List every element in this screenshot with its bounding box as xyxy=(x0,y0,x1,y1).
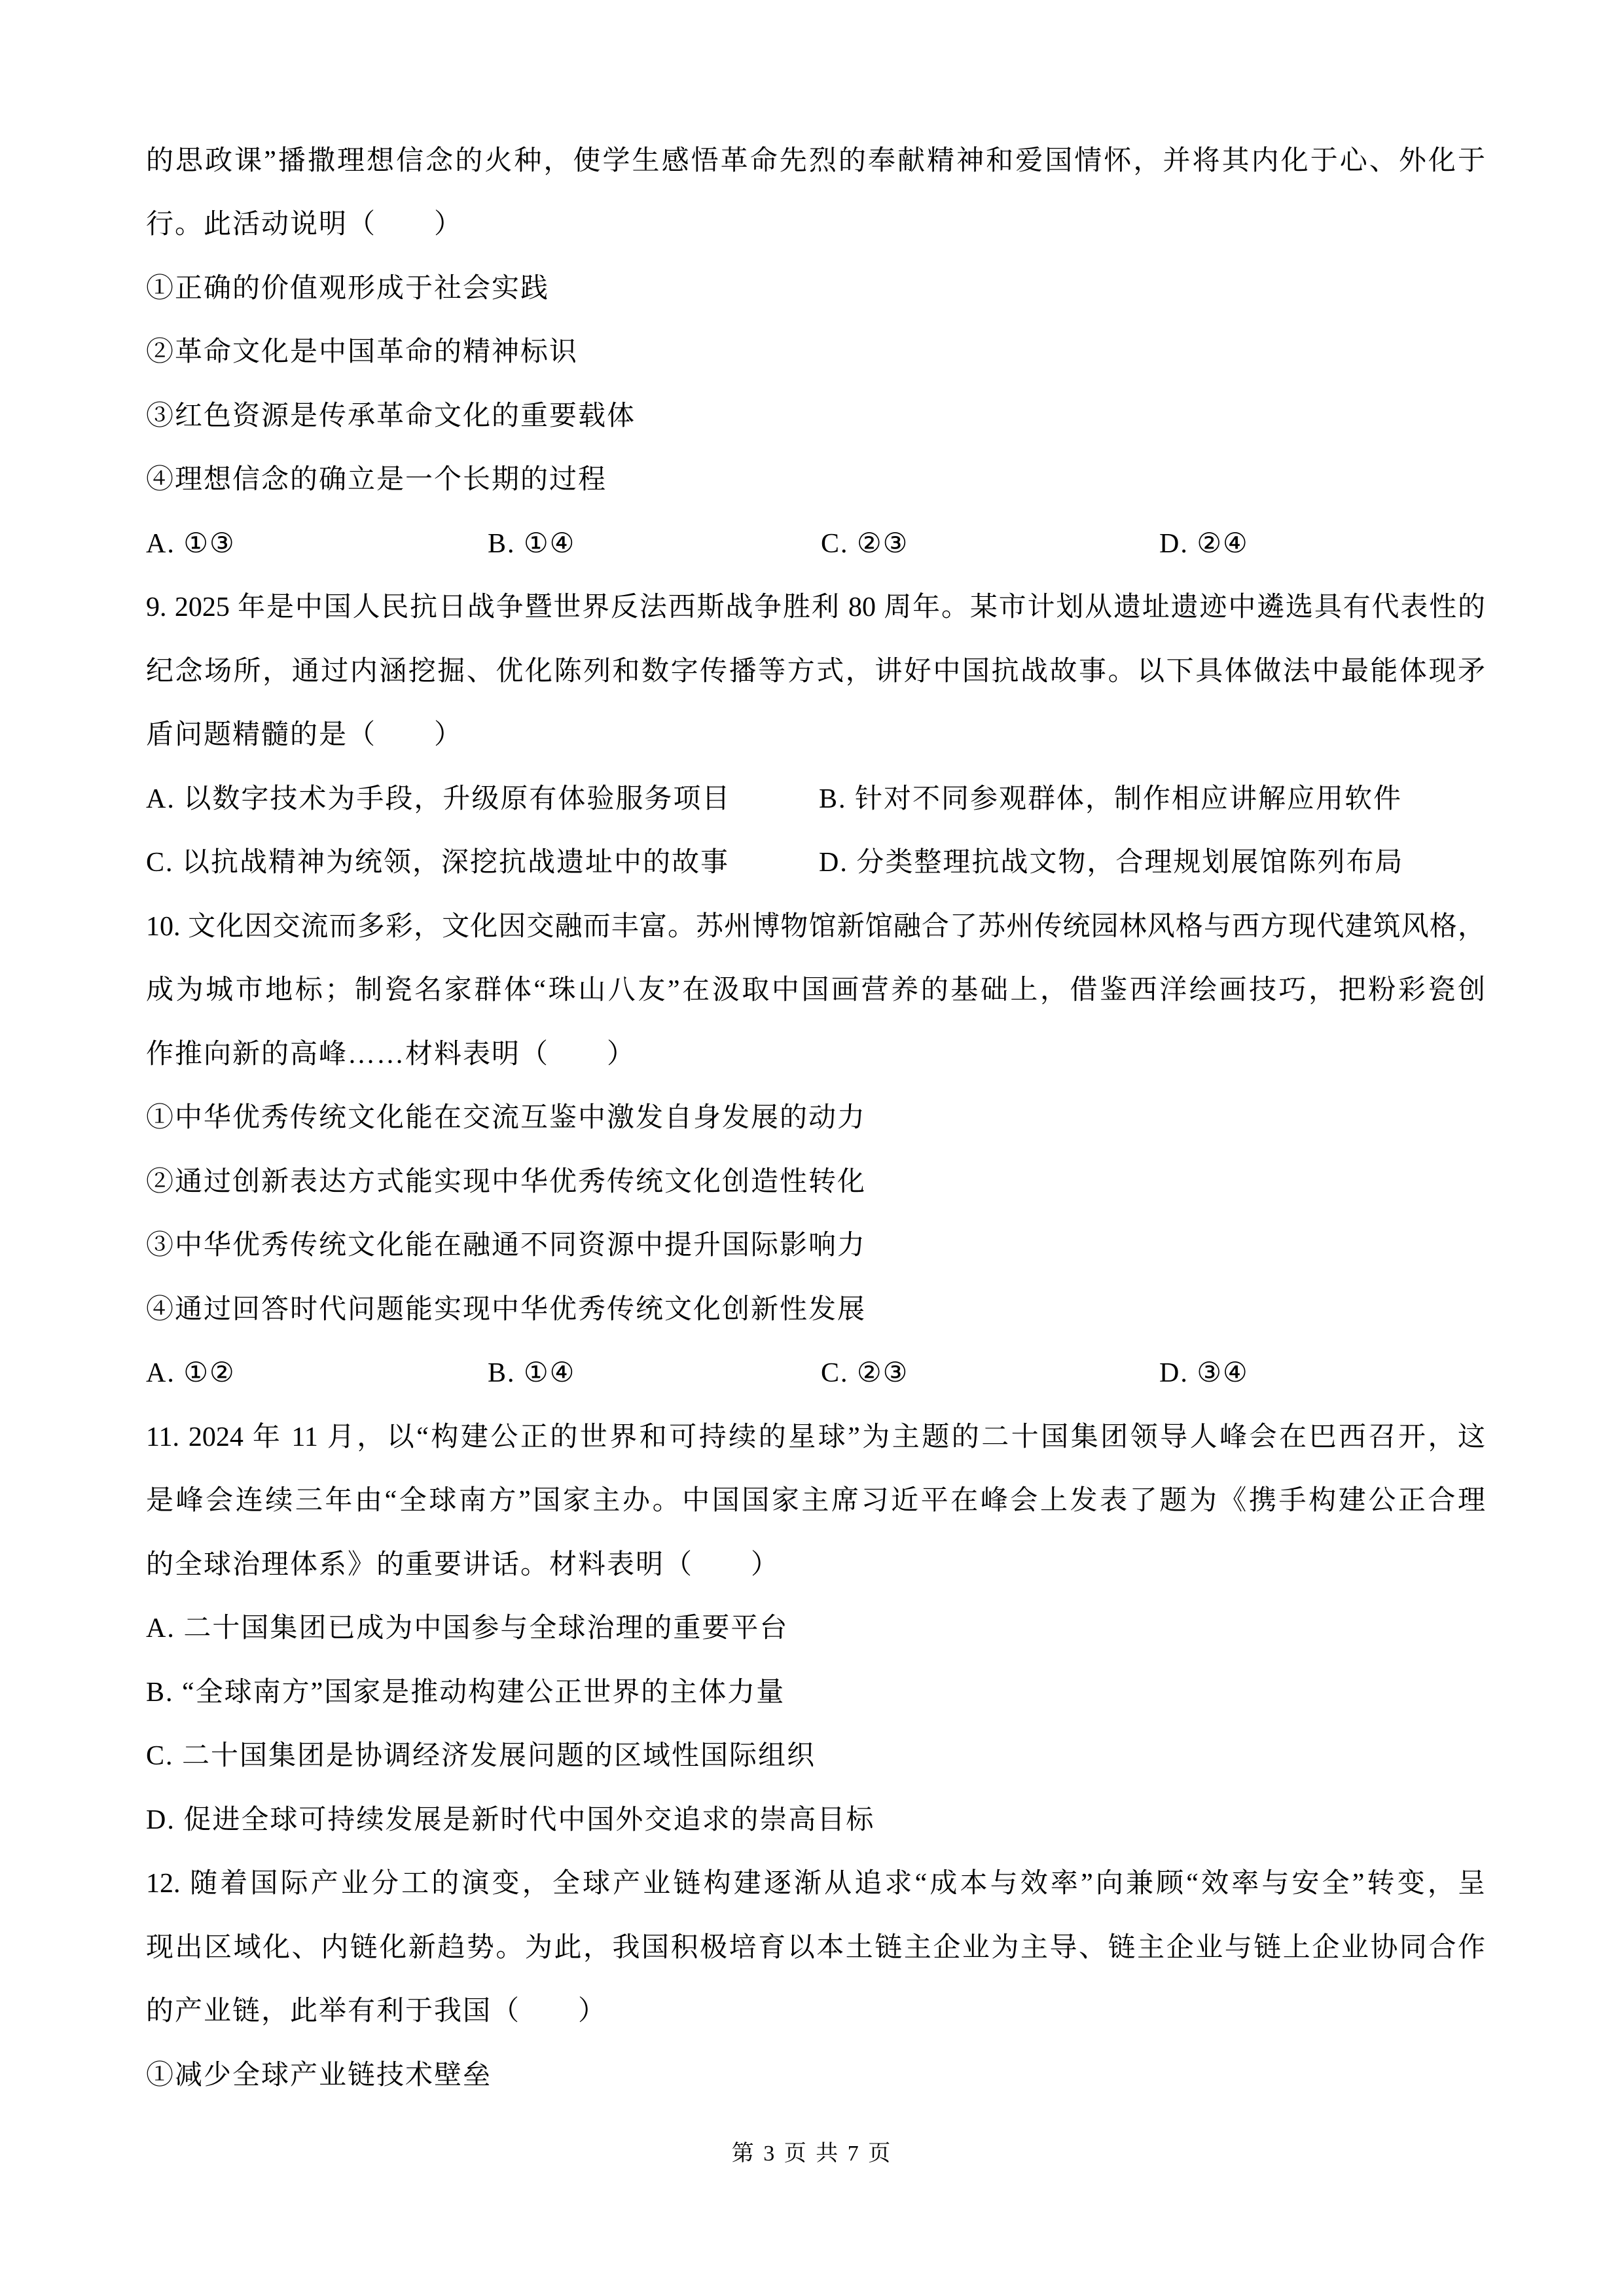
q11-option-b: B. “全球南方”国家是推动构建公正世界的主体力量 xyxy=(146,1674,1485,1712)
q10-option-d: D. ③④ xyxy=(1159,1354,1485,1392)
q10-option-c: C. ②③ xyxy=(821,1354,1159,1392)
q9-stem-line-3: 盾问题精髓的是（ ） xyxy=(146,716,1485,754)
q9-option-d: D. 分类整理抗战文物，合理规划展馆陈列布局 xyxy=(819,844,1485,882)
q11-stem-line-3: 的全球治理体系》的重要讲话。材料表明（ ） xyxy=(146,1546,1485,1584)
q11-stem-line-1: 11. 2024 年 11 月，以“构建公正的世界和可持续的星球”为主题的二十国… xyxy=(146,1418,1485,1456)
q8-option-c: C. ②③ xyxy=(821,525,1159,563)
q8-options-row: A. ①③ B. ①④ C. ②③ D. ②④ xyxy=(146,525,1485,563)
q8-item-4: ④理想信念的确立是一个长期的过程 xyxy=(146,461,1485,499)
q10-stem-line-3: 作推向新的高峰……材料表明（ ） xyxy=(146,1035,1485,1073)
q10-options-row: A. ①② B. ①④ C. ②③ D. ③④ xyxy=(146,1354,1485,1392)
q8-item-2: ②革命文化是中国革命的精神标识 xyxy=(146,333,1485,371)
q9-option-a: A. 以数字技术为手段，升级原有体验服务项目 xyxy=(146,780,819,818)
q11-option-c: C. 二十国集团是协调经济发展问题的区域性国际组织 xyxy=(146,1737,1485,1775)
q9-option-c: C. 以抗战精神为统领，深挖抗战遗址中的故事 xyxy=(146,844,819,882)
q9-stem-line-1: 9. 2025 年是中国人民抗日战争暨世界反法西斯战争胜利 80 周年。某市计划… xyxy=(146,588,1485,626)
q8-stem-line-2: 行。此活动说明（ ） xyxy=(146,206,1485,243)
q12-stem-line-2: 现出区域化、内链化新趋势。为此，我国积极培育以本土链主企业为主导、链主企业与链上… xyxy=(146,1929,1485,1967)
q12-item-1: ①减少全球产业链技术壁垒 xyxy=(146,2056,1485,2094)
q9-option-b: B. 针对不同参观群体，制作相应讲解应用软件 xyxy=(819,780,1485,818)
q12-stem-line-1: 12. 随着国际产业分工的演变，全球产业链构建逐渐从追求“成本与效率”向兼顾“效… xyxy=(146,1865,1485,1903)
q10-item-3: ③中华优秀传统文化能在融通不同资源中提升国际影响力 xyxy=(146,1227,1485,1265)
q8-option-d: D. ②④ xyxy=(1159,525,1485,563)
q11-option-a: A. 二十国集团已成为中国参与全球治理的重要平台 xyxy=(146,1609,1485,1647)
q8-item-3: ③红色资源是传承革命文化的重要载体 xyxy=(146,397,1485,435)
q9-stem-line-2: 纪念场所，通过内涵挖掘、优化陈列和数字传播等方式，讲好中国抗战故事。以下具体做法… xyxy=(146,653,1485,691)
exam-document-page: 的思政课”播撒理想信念的火种，使学生感悟革命先烈的奉献精神和爱国情怀，并将其内化… xyxy=(0,0,1624,2296)
q8-option-a: A. ①③ xyxy=(146,525,488,563)
q12-stem-line-3: 的产业链，此举有利于我国（ ） xyxy=(146,1992,1485,2030)
q10-item-4: ④通过回答时代问题能实现中华优秀传统文化创新性发展 xyxy=(146,1291,1485,1329)
page-number-footer: 第 3 页 共 7 页 xyxy=(0,2135,1624,2167)
q10-item-2: ②通过创新表达方式能实现中华优秀传统文化创造性转化 xyxy=(146,1163,1485,1201)
q9-options-row-1: A. 以数字技术为手段，升级原有体验服务项目 B. 针对不同参观群体，制作相应讲… xyxy=(146,780,1485,818)
q9-options-row-2: C. 以抗战精神为统领，深挖抗战遗址中的故事 D. 分类整理抗战文物，合理规划展… xyxy=(146,844,1485,882)
q10-item-1: ①中华优秀传统文化能在交流互鉴中激发自身发展的动力 xyxy=(146,1099,1485,1137)
q11-stem-line-2: 是峰会连续三年由“全球南方”国家主办。中国国家主席习近平在峰会上发表了题为《携手… xyxy=(146,1482,1485,1520)
q8-option-b: B. ①④ xyxy=(488,525,821,563)
q8-item-1: ①正确的价值观形成于社会实践 xyxy=(146,270,1485,308)
q10-option-a: A. ①② xyxy=(146,1354,488,1392)
q10-option-b: B. ①④ xyxy=(488,1354,821,1392)
q10-stem-line-2: 成为城市地标；制瓷名家群体“珠山八友”在汲取中国画营养的基础上，借鉴西洋绘画技巧… xyxy=(146,971,1485,1009)
q8-stem-line-1: 的思政课”播撒理想信念的火种，使学生感悟革命先烈的奉献精神和爱国情怀，并将其内化… xyxy=(146,142,1485,180)
q11-option-d: D. 促进全球可持续发展是新时代中国外交追求的崇高目标 xyxy=(146,1801,1485,1839)
q10-stem-line-1: 10. 文化因交流而多彩，文化因交融而丰富。苏州博物馆新馆融合了苏州传统园林风格… xyxy=(146,908,1485,946)
